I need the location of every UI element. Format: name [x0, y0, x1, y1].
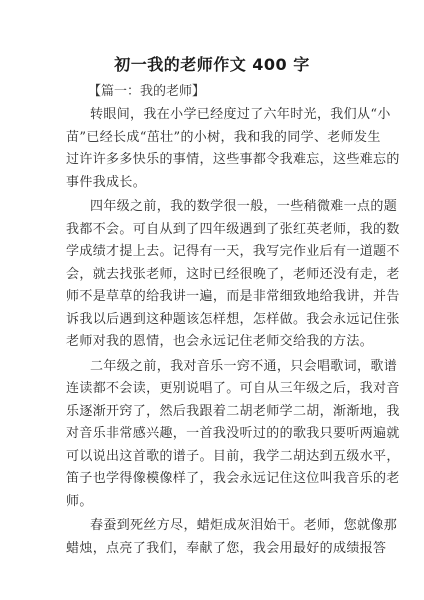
- text-line: 学成绩才提上去。记得有一天，我写完作业后有一道题不: [66, 241, 360, 264]
- document-title: 初一我的老师作文 400 字: [0, 52, 424, 75]
- text-line: 老师对我的恩情，也会永远记住老师交给我的方法。: [66, 331, 360, 354]
- text-line: 乐逐渐开窍了，然后我跟着二胡老师学二胡，渐渐地，我: [66, 401, 360, 424]
- text-line: 蜡烛，点亮了我们，奉献了您，我会用最好的成绩报答: [66, 538, 360, 561]
- section-heading: 【篇一：我的老师】: [88, 80, 205, 99]
- text-line: 四年级之前，我的数学很一般，一些稍微难一点的题: [66, 196, 360, 219]
- paragraph-4: 春蚕到死丝方尽，蜡炬成灰泪始干。老师，您就像那 蜡烛，点亮了我们，奉献了您，我会…: [66, 515, 360, 560]
- text-line: 苗”已经长成“茁壮”的小树，我和我的同学、老师发生: [66, 127, 360, 150]
- text-line: 可以说出这首歌的谱子。目前，我学二胡达到五级水平，: [66, 446, 360, 469]
- text-line: 对音乐非常感兴趣，一首我没听过的的歌我只要听两遍就: [66, 423, 360, 446]
- text-line: 会，就去找张老师，这时已经很晚了，老师还没有走，老: [66, 264, 360, 287]
- text-line: 笛子也学得像模像样了，我会永远记住这位叫我音乐的老: [66, 468, 360, 491]
- paragraph-1: 转眼间，我在小学已经度过了六年时光，我们从“小 苗”已经长成“茁壮”的小树，我和…: [66, 104, 360, 194]
- text-line: 师不是草草的给我讲一遍，而是非常细致地给我讲，并告: [66, 286, 360, 309]
- text-line: 我都不会。可自从到了四年级遇到了张红英老师，我的数: [66, 219, 360, 242]
- text-line: 二年级之前，我对音乐一窍不通，只会唱歌词，歌谱: [66, 356, 360, 379]
- text-line: 转眼间，我在小学已经度过了六年时光，我们从“小: [66, 104, 360, 127]
- document-page: 初一我的老师作文 400 字 【篇一：我的老师】 转眼间，我在小学已经度过了六年…: [0, 0, 424, 600]
- document-body: 转眼间，我在小学已经度过了六年时光，我们从“小 苗”已经长成“茁壮”的小树，我和…: [66, 104, 360, 560]
- text-line: 诉我以后遇到这种题该怎样想，怎样做。我会永远记住张: [66, 309, 360, 332]
- paragraph-2: 四年级之前，我的数学很一般，一些稍微难一点的题 我都不会。可自从到了四年级遇到了…: [66, 196, 360, 354]
- text-line: 过许许多多快乐的事情，这些事都令我难忘，这些难忘的: [66, 149, 360, 172]
- paragraph-3: 二年级之前，我对音乐一窍不通，只会唱歌词，歌谱 连读都不会读，更别说唱了。可自从…: [66, 356, 360, 514]
- text-line: 春蚕到死丝方尽，蜡炬成灰泪始干。老师，您就像那: [66, 515, 360, 538]
- text-line: 事件我成长。: [66, 172, 360, 195]
- text-line: 师。: [66, 491, 360, 514]
- text-line: 连读都不会读，更别说唱了。可自从三年级之后，我对音: [66, 378, 360, 401]
